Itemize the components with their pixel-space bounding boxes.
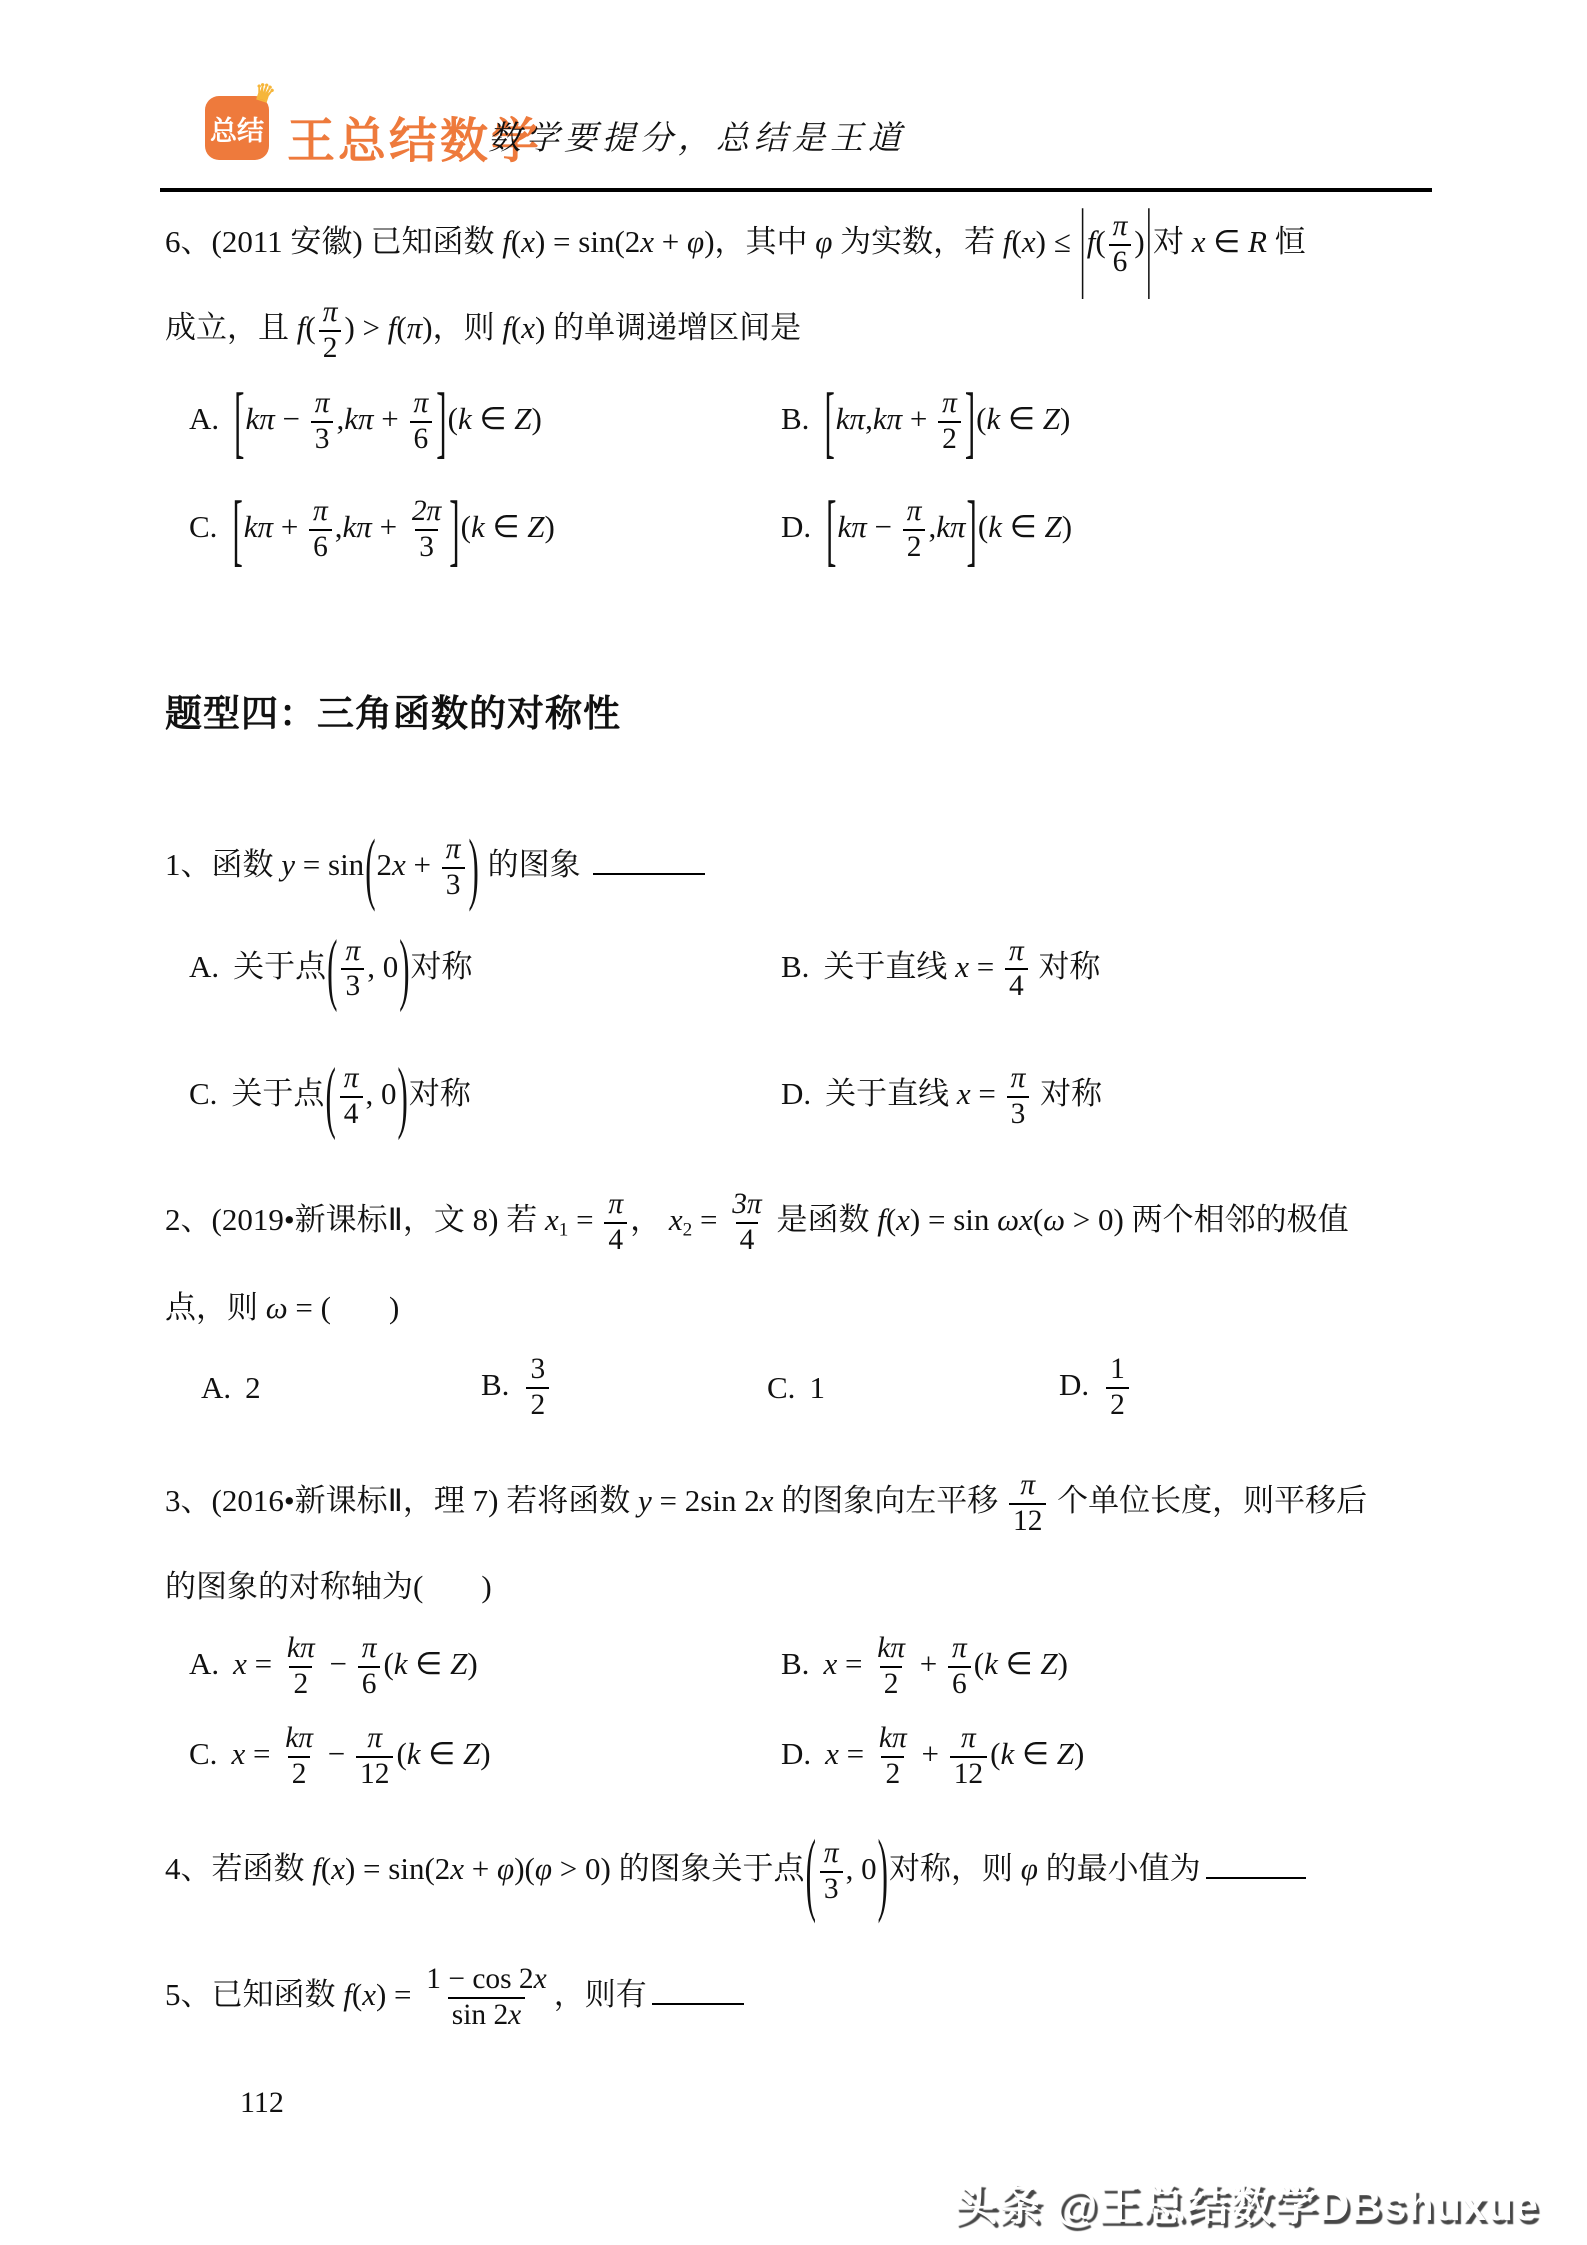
numerator: 3π — [728, 1188, 765, 1222]
fraction: 3π4 — [728, 1188, 765, 1258]
math-cjk: ，其中 — [715, 224, 816, 259]
numerator: π — [1005, 935, 1028, 969]
math-var: π — [323, 296, 338, 328]
math-cjk: 4、若函数 — [165, 1851, 312, 1886]
math-var: f — [343, 1977, 352, 2012]
denominator: 3 — [1007, 1096, 1030, 1132]
fraction: 12 — [1106, 1353, 1129, 1423]
numerator: π — [358, 1632, 381, 1666]
option-label: C. — [767, 1370, 795, 1405]
math-var: π — [315, 387, 330, 419]
math-text: ) — [544, 509, 554, 544]
math-text: ) — [535, 310, 545, 345]
math-cjk: 对称，则 — [889, 1851, 1021, 1886]
option-label: D. — [781, 1736, 811, 1771]
math-text: 6 — [362, 1668, 377, 1700]
math-var: ωx — [997, 1202, 1033, 1237]
math-var: φ — [535, 1851, 552, 1886]
math-text: 2 — [292, 1758, 307, 1790]
denominator: 2 — [903, 529, 926, 565]
math-text: ( — [990, 1736, 1000, 1771]
math-text: − — [322, 1646, 355, 1681]
math-text: ∈ — [1014, 1736, 1057, 1771]
math-var: k — [471, 509, 485, 544]
math-var: k — [458, 401, 472, 436]
math-var: π — [942, 387, 957, 419]
math-cjk: ，则有 — [554, 1977, 647, 2012]
math-var: π — [407, 310, 423, 345]
numerator: π — [1109, 210, 1132, 244]
math-cjk: 关于直线 — [825, 1076, 957, 1111]
option-label: A. — [201, 1370, 231, 1405]
math-var: x — [362, 1977, 376, 2012]
math-text: ( — [321, 1851, 331, 1886]
math-text: 2 — [377, 847, 393, 882]
math-var: f — [877, 1202, 886, 1237]
math-cjk: 个单位长度，则平移后 — [1049, 1483, 1367, 1518]
math-text: 4 — [608, 1224, 623, 1256]
numerator: π — [341, 935, 364, 969]
math-text: ) — [467, 1646, 477, 1681]
math-text: + — [902, 401, 935, 436]
math-text: 6 — [313, 531, 328, 563]
math-text: 2 — [885, 1758, 900, 1790]
option-D: D.x = kπ2 + π12(k ∈ Z) — [781, 1722, 1433, 1792]
math-var: x — [955, 949, 969, 984]
numerator: π — [309, 495, 332, 529]
section-title: 题型四：三角函数的对称性 — [165, 683, 1433, 737]
math-text: ( — [305, 310, 315, 345]
math-text: = — [971, 1076, 1004, 1111]
fraction: π3 — [442, 833, 465, 903]
option-math: 1 — [809, 1370, 825, 1405]
math-text: 2 — [530, 1389, 545, 1421]
denominator: 2 — [880, 1666, 903, 1702]
fraction: 32 — [526, 1353, 549, 1423]
math-text: ) — [389, 1290, 399, 1325]
math-text: 3 — [530, 1353, 545, 1385]
math-var: x — [450, 1851, 464, 1886]
math-text: ) — [531, 401, 541, 436]
math-text: 6 — [414, 423, 429, 455]
option-A: A.x = kπ2 − π6(k ∈ Z) — [189, 1632, 781, 1702]
fraction: 2π3 — [408, 495, 445, 565]
math-cjk: 2、(2019•新课标Ⅱ，文 8) 若 — [165, 1202, 545, 1237]
math-var: φ — [1021, 1851, 1038, 1886]
math-text: 2 — [293, 1668, 308, 1700]
math-text: + — [654, 224, 687, 259]
math-text: 2 — [245, 1370, 261, 1405]
math-text: = 2sin 2 — [652, 1483, 760, 1518]
option-B: B.x = kπ2 + π6(k ∈ Z) — [781, 1632, 1433, 1702]
denominator: 3 — [341, 968, 364, 1004]
math-text: ( — [1095, 224, 1105, 259]
math-cjk: 关于直线 — [823, 949, 955, 984]
option-label: A. — [189, 401, 219, 436]
math-var: φ — [687, 224, 704, 259]
math-var: x — [508, 1999, 521, 2031]
option-label: B. — [481, 1367, 509, 1402]
fraction: π4 — [604, 1188, 627, 1258]
math-cjk: 的图象 — [480, 847, 589, 882]
option-B: B.32 — [481, 1353, 767, 1423]
math-cjk: 对称 — [409, 1076, 471, 1111]
option-B: B.关于直线 x = π4 对称 — [781, 935, 1433, 1005]
math-var: R — [1248, 224, 1267, 259]
math-cjk: 3、(2016•新课标Ⅱ，理 7) 若将函数 — [165, 1483, 638, 1518]
math-text: ( — [976, 401, 986, 436]
numerator: 2π — [408, 495, 445, 529]
denominator: 4 — [1005, 968, 1028, 1004]
denominator: 2 — [1106, 1387, 1129, 1423]
math-var: x — [233, 1646, 247, 1681]
option-math: 关于点(π4, 0)对称 — [231, 1076, 470, 1111]
denominator: 12 — [356, 1756, 393, 1792]
math-var: x — [669, 1202, 683, 1237]
math-var: π — [1113, 210, 1128, 242]
big-delimiter: | — [1146, 175, 1152, 314]
math-text: 3 — [345, 970, 360, 1002]
big-delimiter: [ — [824, 370, 834, 475]
math-var: x — [392, 847, 406, 882]
fraction: π6 — [358, 1632, 381, 1702]
question-6-options: A.[kπ − π3,kπ + π6](k ∈ Z)B.[kπ,kπ + π2]… — [165, 387, 1433, 564]
denominator: 2 — [319, 330, 342, 366]
math-var: φ — [815, 224, 832, 259]
option-label: D. — [781, 509, 811, 544]
math-text: ) — [1060, 401, 1070, 436]
math-text: > 0) — [552, 1851, 611, 1886]
big-delimiter: ] — [967, 478, 977, 583]
math-cjk: 对 — [1153, 224, 1192, 259]
math-var: Z — [1057, 1736, 1074, 1771]
numerator: π — [903, 495, 926, 529]
math-text: 3 — [419, 531, 434, 563]
fraction: π3 — [341, 935, 364, 1005]
numerator: π — [410, 387, 433, 421]
math-cjk: 关于点 — [233, 949, 326, 984]
math-text: ) — [422, 310, 432, 345]
math-text: 1 — [809, 1370, 825, 1405]
math-text: + — [273, 509, 306, 544]
answer-blank — [593, 844, 705, 875]
math-cjk: 的单调递增区间是 — [545, 310, 801, 345]
math-text: ) — [1058, 1646, 1068, 1681]
denominator: 6 — [358, 1666, 381, 1702]
big-delimiter: ) — [469, 811, 479, 924]
math-text: = ( — [288, 1290, 331, 1325]
math-text: ) ≤ — [1036, 224, 1079, 259]
math-cjk: 5、已知函数 — [165, 1977, 343, 2012]
math-cjk: 的最小值为 — [1038, 1851, 1201, 1886]
math-cjk: ) — [481, 1569, 491, 1604]
fraction: kπ2 — [283, 1632, 319, 1702]
denominator: 3 — [311, 421, 334, 457]
math-text: ( — [396, 310, 406, 345]
math-text: = — [969, 949, 1002, 984]
fraction: π3 — [1007, 1062, 1030, 1132]
fraction: π6 — [1109, 210, 1132, 280]
denominator: 6 — [309, 529, 332, 565]
math-var: kπ — [936, 509, 965, 544]
math-text: ) — [1134, 224, 1144, 259]
math-var: k — [988, 509, 1002, 544]
denominator: 6 — [948, 1666, 971, 1702]
math-text: − — [867, 509, 900, 544]
math-text: 12 — [1013, 1505, 1042, 1537]
math-var: kπ — [873, 401, 902, 436]
math-var: x — [957, 1076, 971, 1111]
option-label: C. — [189, 509, 217, 544]
math-cjk: 的图象关于点 — [611, 1851, 805, 1886]
math-var: k — [1000, 1736, 1014, 1771]
math-var: π — [362, 1632, 377, 1664]
math-text: ( — [511, 310, 521, 345]
denominator: 2 — [938, 421, 961, 457]
math-text: sin 2 — [452, 1999, 508, 2031]
math-var: x — [1192, 224, 1206, 259]
math-var: Z — [527, 509, 544, 544]
math-text: = sin — [295, 847, 364, 882]
math-var: x — [640, 224, 654, 259]
math-text: ) — [1062, 509, 1072, 544]
option-math: 2 — [245, 1370, 261, 1405]
math-var: π — [344, 1062, 359, 1094]
math-var: x — [760, 1483, 774, 1518]
math-text: ∈ — [408, 1646, 451, 1681]
math-var: k — [984, 1646, 998, 1681]
subscript: 1 — [559, 1220, 569, 1241]
fraction: π2 — [319, 296, 342, 366]
fraction: π12 — [1009, 1469, 1046, 1539]
math-var: f — [312, 1851, 321, 1886]
question-2-line-2: 点，则 ω = () — [165, 1286, 1433, 1329]
option-label: B. — [781, 949, 809, 984]
math-text: ) = — [376, 1977, 419, 2012]
header-divider — [160, 188, 1432, 192]
option-C: C.1 — [767, 1368, 1059, 1408]
answer-blank — [1206, 1848, 1306, 1879]
math-text: ( — [448, 401, 458, 436]
option-label: C. — [189, 1736, 217, 1771]
math-var: kπ — [879, 1722, 907, 1754]
math-text: , — [335, 509, 343, 544]
fraction: π6 — [309, 495, 332, 565]
math-var: π — [345, 935, 360, 967]
math-text: = — [837, 1646, 870, 1681]
math-var: kπ — [344, 401, 373, 436]
math-var: π — [367, 1722, 382, 1754]
option-math: x = kπ2 − π6(k ∈ Z) — [233, 1646, 478, 1681]
math-var: Z — [1044, 509, 1061, 544]
math-cjk: 成立，且 — [165, 310, 297, 345]
option-math: x = kπ2 − π12(k ∈ Z) — [231, 1736, 490, 1771]
option-label: B. — [781, 1646, 809, 1681]
numerator: 1 — [1106, 1353, 1129, 1387]
math-text: ( — [978, 509, 988, 544]
math-var: x — [521, 224, 535, 259]
math-text: 3 — [824, 1873, 839, 1905]
math-var: x — [823, 1646, 837, 1681]
math-text: ( — [352, 1977, 362, 2012]
big-delimiter: ] — [965, 370, 975, 475]
math-var: ω — [1043, 1202, 1065, 1237]
option-label: A. — [189, 949, 219, 984]
math-cjk: 对称 — [1031, 949, 1101, 984]
question-2-options: A.2B.32C.1D.12 — [165, 1353, 1433, 1423]
math-var: kπ — [836, 401, 865, 436]
fraction: π12 — [950, 1722, 987, 1792]
big-delimiter: [ — [826, 478, 836, 583]
fraction: kπ2 — [875, 1722, 911, 1792]
math-text: = — [839, 1736, 872, 1771]
math-text: = — [245, 1736, 278, 1771]
big-delimiter: ) — [878, 1807, 888, 1937]
math-var: x — [896, 1202, 910, 1237]
big-delimiter: [ — [232, 478, 242, 583]
option-D: D.12 — [1059, 1353, 1433, 1423]
math-var: π — [952, 1632, 967, 1664]
math-text: − — [320, 1736, 353, 1771]
math-text: 2 — [907, 531, 922, 563]
math-text: ( — [383, 1646, 393, 1681]
math-text: ∈ — [1002, 509, 1045, 544]
math-var: kπ — [837, 509, 866, 544]
denominator: 4 — [736, 1222, 759, 1258]
math-var: Z — [450, 1646, 467, 1681]
big-delimiter: ] — [449, 478, 459, 583]
fraction: kπ2 — [873, 1632, 909, 1702]
denominator: 4 — [340, 1096, 363, 1132]
denominator: 2 — [526, 1387, 549, 1423]
math-text: 2 — [1110, 1389, 1125, 1421]
math-text: 6 — [1113, 246, 1128, 278]
big-delimiter: ) — [399, 917, 409, 1022]
math-var: y — [638, 1483, 652, 1518]
math-cjk: 点，则 — [165, 1290, 266, 1325]
math-text: , — [865, 401, 873, 436]
brand-logo-badge: ♛ 总结 — [205, 96, 269, 160]
math-var: k — [394, 1646, 408, 1681]
math-text: 2 — [323, 332, 338, 364]
denominator: 3 — [820, 1871, 843, 1907]
option-label: D. — [1059, 1367, 1089, 1402]
option-D: D.关于直线 x = π3 对称 — [781, 1062, 1433, 1132]
fraction: π4 — [1005, 935, 1028, 1005]
big-delimiter: | — [1079, 175, 1085, 314]
numerator: kπ — [873, 1632, 909, 1666]
math-text: 4 — [344, 1098, 359, 1130]
math-text: ) — [704, 224, 714, 259]
math-text: + — [406, 847, 439, 882]
crown-icon: ♛ — [250, 79, 278, 108]
option-math: x = kπ2 + π12(k ∈ Z) — [825, 1736, 1084, 1771]
math-text: 2 — [942, 423, 957, 455]
option-label: A. — [189, 1646, 219, 1681]
math-text: ) = sin(2 — [345, 1851, 450, 1886]
option-label: D. — [781, 1076, 811, 1111]
math-text: ( — [511, 224, 521, 259]
math-cjk: 6、(2011 安徽) 已知函数 — [165, 224, 502, 259]
option-math: 关于直线 x = π3 对称 — [825, 1076, 1102, 1111]
math-text: 4 — [740, 1224, 755, 1256]
subscript: 2 — [683, 1220, 693, 1241]
option-math: [kπ,kπ + π2](k ∈ Z) — [823, 401, 1070, 436]
numerator: 3 — [526, 1353, 549, 1387]
big-delimiter: ( — [327, 917, 337, 1022]
math-text: − — [275, 401, 308, 436]
math-text: 12 — [954, 1758, 983, 1790]
big-delimiter: ( — [325, 1045, 335, 1150]
math-text: ) — [480, 1736, 490, 1771]
math-text: 2 — [884, 1668, 899, 1700]
denominator: 6 — [1109, 244, 1132, 280]
option-A: A.[kπ − π3,kπ + π6](k ∈ Z) — [189, 387, 781, 457]
big-delimiter: ( — [806, 1807, 816, 1937]
math-text: + — [464, 1851, 497, 1886]
math-text: , 0 — [846, 1851, 877, 1886]
math-var: kπ — [245, 401, 274, 436]
math-var: f — [502, 310, 511, 345]
math-text: = — [568, 1202, 601, 1237]
option-math: [kπ + π6,kπ + 2π3](k ∈ Z) — [231, 509, 554, 544]
math-var: π — [907, 495, 922, 527]
math-text: 1 — [1110, 1353, 1125, 1385]
math-text: ( — [1012, 224, 1022, 259]
big-delimiter: ] — [436, 370, 446, 475]
numerator: π — [820, 1837, 843, 1871]
option-B: B.[kπ,kπ + π2](k ∈ Z) — [781, 387, 1433, 457]
math-text: ( — [461, 509, 471, 544]
denominator: 6 — [410, 421, 433, 457]
numerator: π — [604, 1188, 627, 1222]
math-var: kπ — [287, 1632, 315, 1664]
math-text: + — [372, 509, 405, 544]
math-text: = — [692, 1202, 725, 1237]
math-var: π — [313, 495, 328, 527]
math-var: x — [1022, 224, 1036, 259]
math-text: )( — [514, 1851, 535, 1886]
option-C: C.关于点(π4, 0)对称 — [189, 1062, 781, 1132]
math-var: π — [1020, 1469, 1035, 1501]
fraction: π2 — [938, 387, 961, 457]
math-text: , 0 — [366, 1076, 397, 1111]
math-var: π — [1009, 935, 1024, 967]
numerator: π — [442, 833, 465, 867]
question-2-line-1: 2、(2019•新课标Ⅱ，文 8) 若 x1 = π4， x2 = 3π4 是函… — [165, 1188, 1433, 1258]
math-var: Z — [1040, 1646, 1057, 1681]
numerator: π — [957, 1722, 980, 1756]
math-var: x — [231, 1736, 245, 1771]
math-var: y — [281, 847, 295, 882]
logo-badge-text: 总结 — [210, 109, 264, 148]
math-text: ) = sin — [910, 1202, 997, 1237]
numerator: π — [363, 1722, 386, 1756]
math-text: > 0) — [1065, 1202, 1124, 1237]
math-var: π — [608, 1188, 623, 1220]
option-math: 关于直线 x = π4 对称 — [823, 949, 1100, 984]
fraction: 1 − cos 2xsin 2x — [422, 1963, 550, 2033]
math-text: 3 — [315, 423, 330, 455]
denominator: 2 — [881, 1756, 904, 1792]
math-var: 3π — [732, 1188, 761, 1220]
math-var: x — [331, 1851, 345, 1886]
numerator: kπ — [875, 1722, 911, 1756]
math-text: ∈ — [1205, 224, 1248, 259]
math-cjk: ， — [630, 1202, 669, 1237]
option-D: D.[kπ − π2,kπ](k ∈ Z) — [781, 495, 1433, 565]
math-cjk: 1、函数 — [165, 847, 281, 882]
